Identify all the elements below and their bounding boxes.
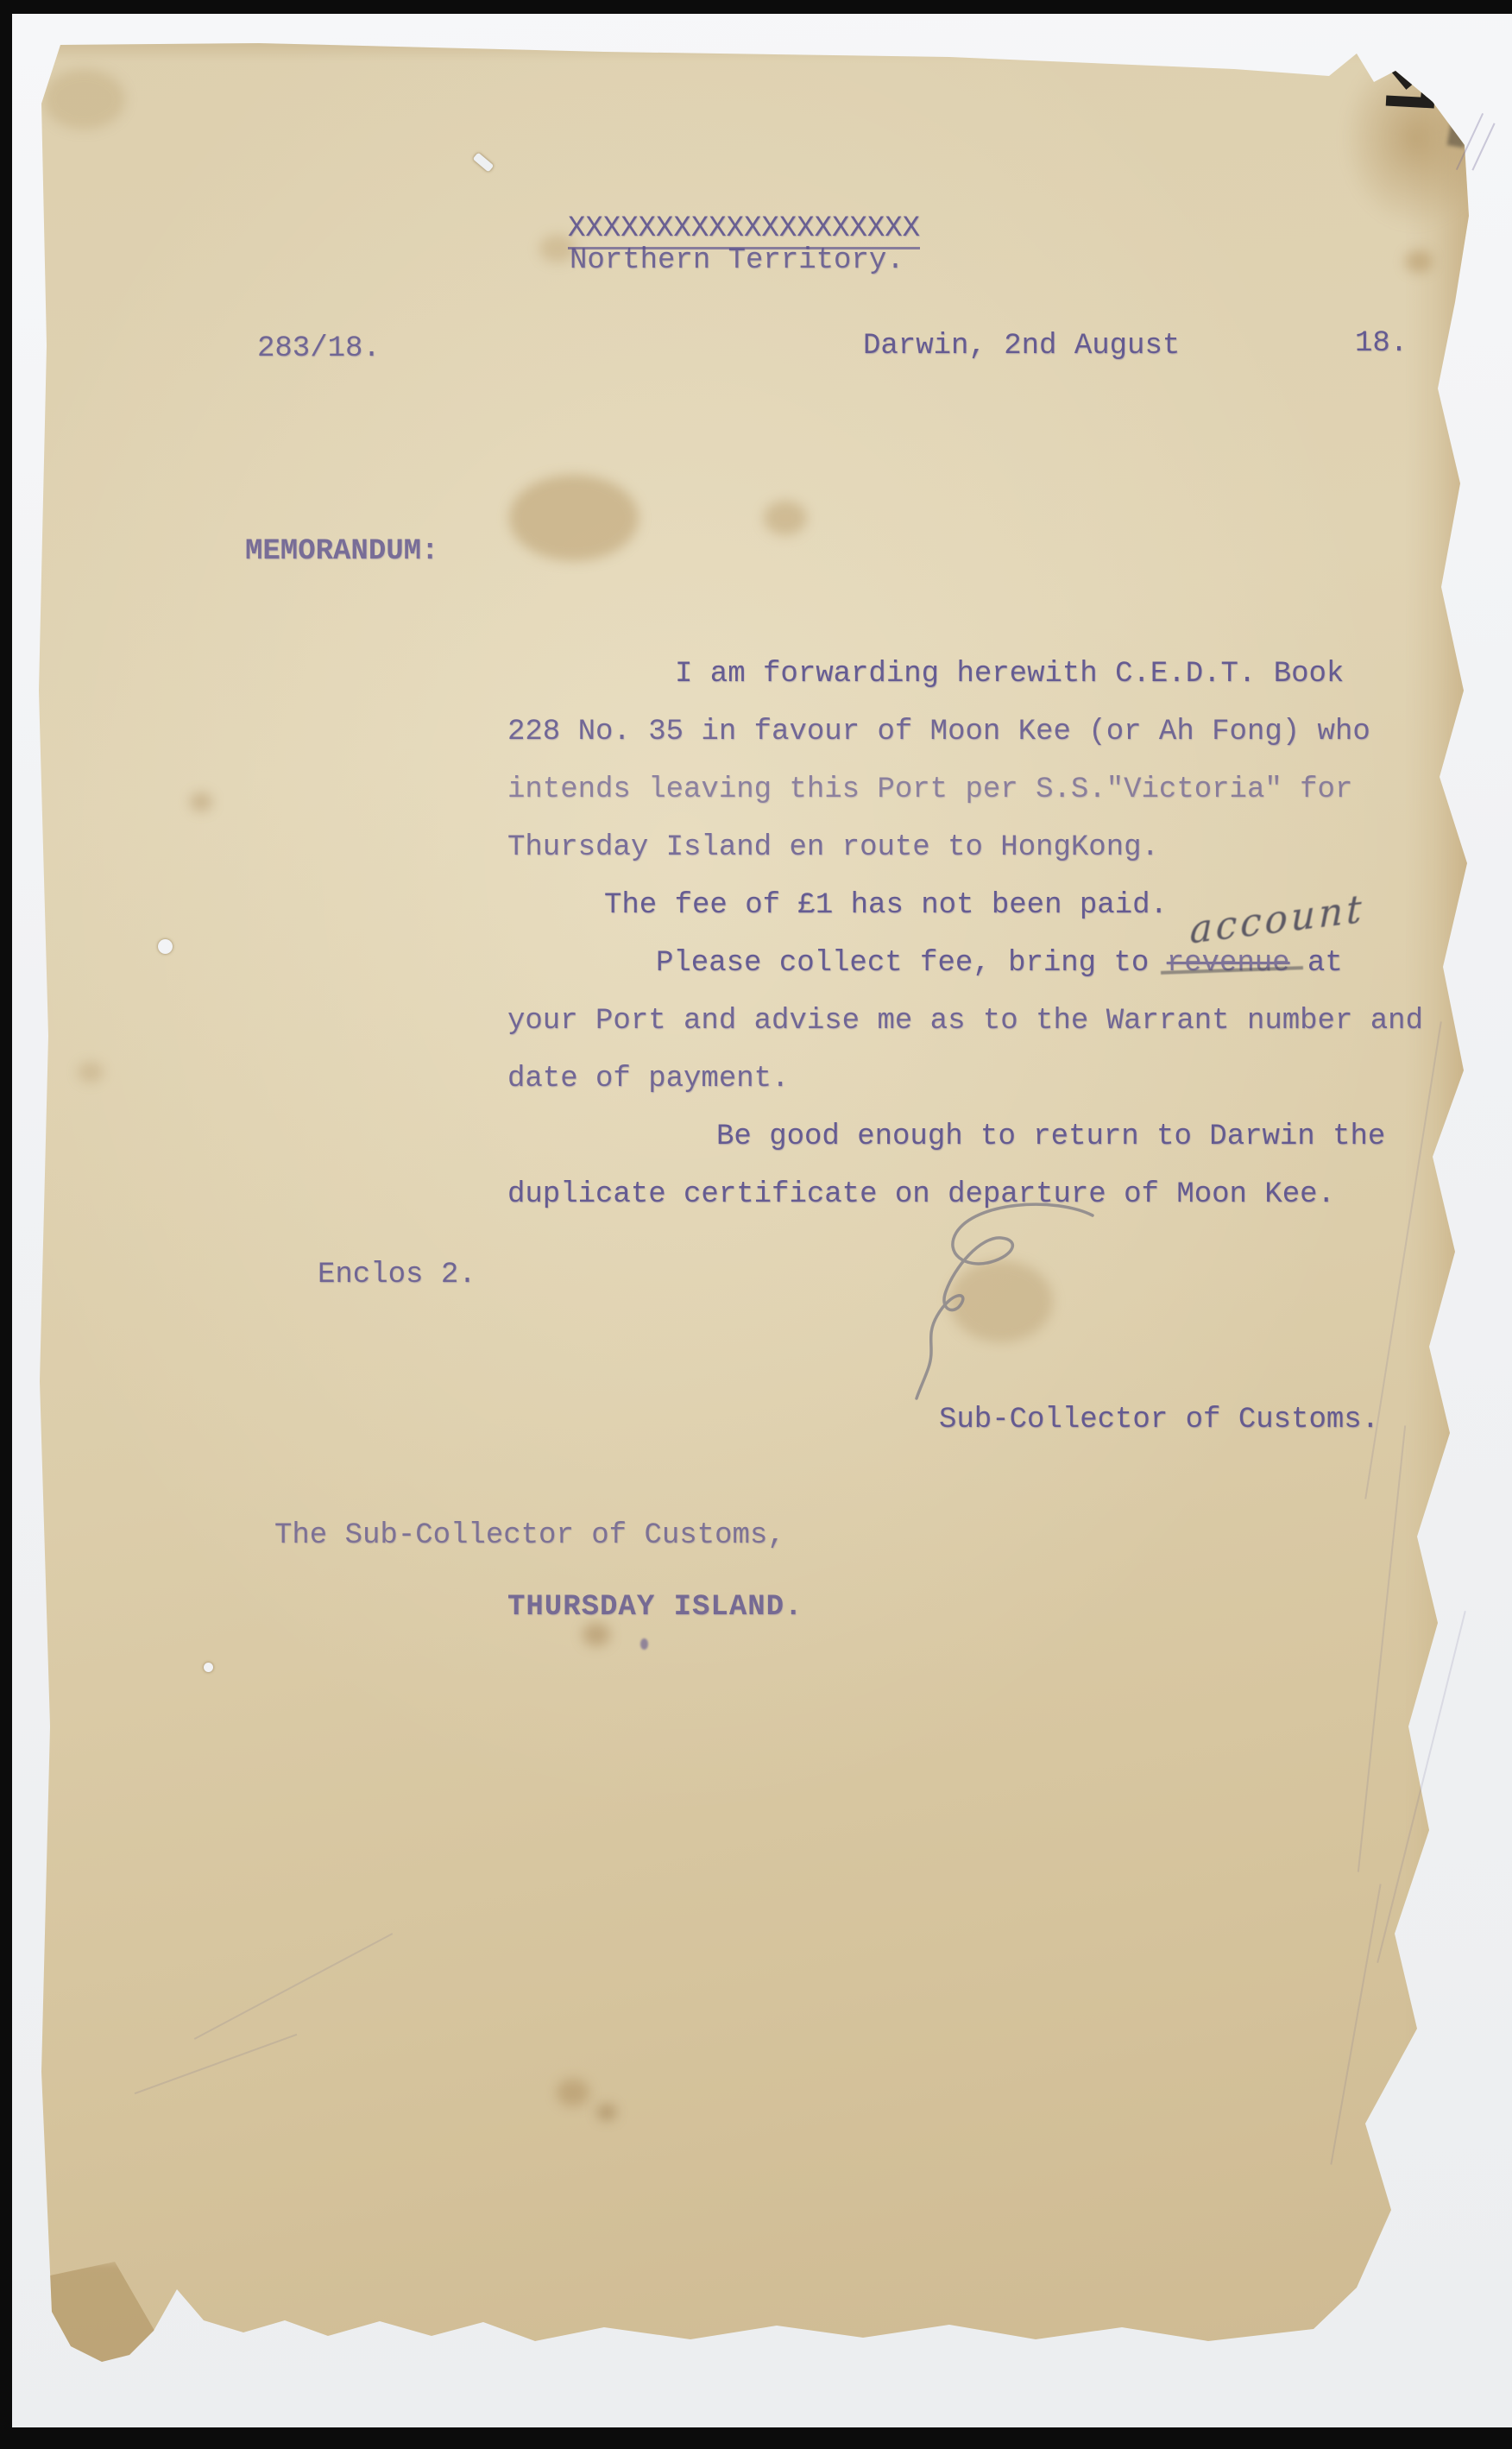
typewritten-content: XXXXXXXXXXXXXXXXXXXX Northern Territory.… [0, 0, 1512, 2449]
year: 18. [1355, 327, 1408, 360]
body-line: intends leaving this Port per S.S."Victo… [507, 773, 1352, 806]
paper-hole [204, 1663, 213, 1672]
place-date: Darwin, 2nd August [863, 330, 1180, 363]
handwritten-correction: account [1189, 887, 1365, 952]
body-line: Thursday Island en route to HongKong. [507, 831, 1159, 864]
body-line: date of payment. [507, 1063, 789, 1095]
file-number: 283/18. [257, 332, 381, 365]
department-line: Northern Territory. [570, 244, 904, 277]
handwritten-signature [870, 1193, 1103, 1417]
paper-crease [1330, 1884, 1381, 2164]
body-line: The fee of £1 has not been paid. [604, 889, 1168, 922]
body-line: 228 No. 35 in favour of Moon Kee (or Ah … [507, 716, 1370, 748]
body-line: I am forwarding herewith C.E.D.T. Book [675, 658, 1344, 691]
body-line: Be good enough to return to Darwin the [716, 1120, 1385, 1153]
paper-crease [1377, 1611, 1466, 1963]
scanned-document: XXXXXXXXXXXXXXXXXXXX Northern Territory.… [0, 0, 1512, 2449]
body-line: your Port and advise me as to the Warran… [507, 1005, 1423, 1038]
struck-word: revenue [1167, 947, 1290, 980]
memorandum-label: MEMORANDUM: [245, 535, 438, 568]
stray-ink-mark [640, 1638, 648, 1650]
paper-tear [473, 152, 495, 172]
paper-scratch [194, 1933, 394, 2040]
paper-hole [158, 939, 173, 954]
paper-scratch [135, 2034, 298, 2094]
signature-title: Sub-Collector of Customs. [939, 1404, 1379, 1436]
addressee-line: The Sub-Collector of Customs, [274, 1519, 785, 1552]
addressee-line: THURSDAY ISLAND. [507, 1591, 803, 1624]
body-line-post: at [1290, 947, 1343, 980]
pencil-mark [1456, 113, 1484, 170]
body-line-corrected: Please collect fee, bring to revenue at [656, 947, 1343, 980]
body-line-pre: Please collect fee, bring to [656, 947, 1167, 980]
enclosure-note: Enclos 2. [318, 1259, 476, 1291]
